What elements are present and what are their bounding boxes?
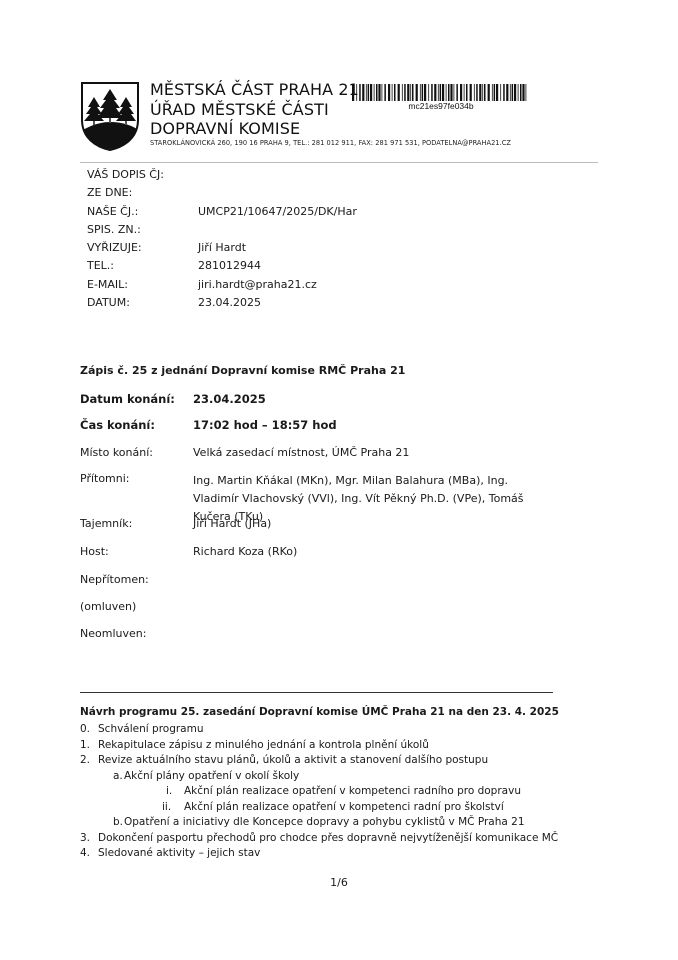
meeting-place-label: Místo konání:	[80, 446, 193, 459]
meeting-date-row: Datum konání: 23.04.2025	[80, 392, 266, 406]
unexcused-row: Neomluven:	[80, 627, 193, 640]
org-line-3: DOPRAVNÍ KOMISE	[150, 119, 359, 139]
excused-label: (omluven)	[80, 600, 193, 613]
unexcused-label: Neomluven:	[80, 627, 193, 640]
agenda-item-number: 1.	[80, 738, 90, 754]
guest-value: Richard Koza (RKo)	[193, 545, 297, 558]
reference-value: jiri.hardt@praha21.cz	[198, 276, 317, 294]
excused-row: (omluven)	[80, 600, 193, 613]
reference-row: E-MAIL:jiri.hardt@praha21.cz	[87, 276, 357, 294]
agenda-item-number: ii.	[162, 800, 171, 816]
reference-row: VÁŠ DOPIS ČJ:	[87, 166, 357, 184]
reference-row: TEL.:281012944	[87, 257, 357, 275]
agenda-item-number: a.	[113, 769, 123, 785]
agenda-item-text: Akční plány opatření v okolí školy	[124, 769, 299, 785]
secretary-row: Tajemník: Jiří Hardt (JHa)	[80, 517, 271, 530]
reference-label: ZE DNE:	[87, 184, 198, 202]
agenda-item-text: Akční plán realizace opatření v kompeten…	[184, 800, 504, 816]
meeting-place-value: Velká zasedací místnost, ÚMČ Praha 21	[193, 446, 409, 459]
section-divider	[80, 692, 553, 693]
agenda-item-text: Rekapitulace zápisu z minulého jednání a…	[98, 738, 429, 754]
meeting-place-row: Místo konání: Velká zasedací místnost, Ú…	[80, 446, 409, 459]
agenda-item-text: Revize aktuálního stavu plánů, úkolů a a…	[98, 753, 488, 769]
reference-row: ZE DNE:	[87, 184, 357, 202]
agenda-item-number: 3.	[80, 831, 90, 847]
agenda-item-number: 0.	[80, 722, 90, 738]
reference-label: NAŠE ČJ.:	[87, 203, 198, 221]
secretary-label: Tajemník:	[80, 517, 193, 530]
guest-row: Host: Richard Koza (RKo)	[80, 545, 297, 558]
reference-row: SPIS. ZN.:	[87, 221, 357, 239]
organization-name: MĚSTSKÁ ČÁST PRAHA 21 ÚŘAD MĚSTSKÉ ČÁSTI…	[150, 80, 359, 139]
agenda-item-number: b.	[113, 815, 123, 831]
reference-label: SPIS. ZN.:	[87, 221, 198, 239]
reference-label: E-MAIL:	[87, 276, 198, 294]
reference-label: TEL.:	[87, 257, 198, 275]
minutes-title: Zápis č. 25 z jednání Dopravní komise RM…	[80, 364, 405, 377]
absent-row: Nepřítomen:	[80, 573, 193, 586]
organization-address: STAROKLÁNOVICKÁ 260, 190 16 PRAHA 9, TEL…	[150, 139, 511, 147]
agenda-item-text: Akční plán realizace opatření v kompeten…	[184, 784, 521, 800]
reference-row: VYŘIZUJE:Jiří Hardt	[87, 239, 357, 257]
absent-label: Nepřítomen:	[80, 573, 193, 586]
agenda-item-number: 2.	[80, 753, 90, 769]
agenda-title: Návrh programu 25. zasedání Dopravní kom…	[80, 706, 559, 718]
reference-row: NAŠE ČJ.:UMCP21/10647/2025/DK/Har	[87, 203, 357, 221]
agenda-item-text: Schválení programu	[98, 722, 204, 738]
reference-value: 281012944	[198, 257, 261, 275]
agenda-item-number: i.	[166, 784, 172, 800]
reference-label: DATUM:	[87, 294, 198, 312]
meeting-time-row: Čas konání: 17:02 hod – 18:57 hod	[80, 418, 337, 432]
agenda-item-text: Sledované aktivity – jejich stav	[98, 846, 260, 862]
agenda-item-number: 4.	[80, 846, 90, 862]
secretary-value: Jiří Hardt (JHa)	[193, 517, 271, 530]
barcode	[352, 84, 530, 101]
agenda-item-text: Opatření a iniciativy dle Koncepce dopra…	[124, 815, 525, 831]
reference-row: DATUM:23.04.2025	[87, 294, 357, 312]
org-line-1: MĚSTSKÁ ČÁST PRAHA 21	[150, 80, 359, 100]
reference-value: 23.04.2025	[198, 294, 261, 312]
reference-label: VYŘIZUJE:	[87, 239, 198, 257]
reference-value: UMCP21/10647/2025/DK/Har	[198, 203, 357, 221]
meeting-date-value: 23.04.2025	[193, 392, 266, 406]
meeting-time-label: Čas konání:	[80, 418, 193, 432]
reference-value: Jiří Hardt	[198, 239, 246, 257]
guest-label: Host:	[80, 545, 193, 558]
coat-of-arms-logo	[79, 80, 141, 152]
org-line-2: ÚŘAD MĚSTSKÉ ČÁSTI	[150, 100, 359, 120]
meeting-date-label: Datum konání:	[80, 392, 193, 406]
agenda-item-text: Dokončení pasportu přechodů pro chodce p…	[98, 831, 558, 847]
header-divider	[80, 162, 598, 163]
reference-label: VÁŠ DOPIS ČJ:	[87, 166, 198, 184]
meeting-time-value: 17:02 hod – 18:57 hod	[193, 418, 337, 432]
reference-block: VÁŠ DOPIS ČJ:ZE DNE:NAŠE ČJ.:UMCP21/1064…	[87, 166, 357, 312]
page-number: 1/6	[0, 876, 678, 889]
barcode-text: mc21es97fe034b	[352, 101, 530, 111]
